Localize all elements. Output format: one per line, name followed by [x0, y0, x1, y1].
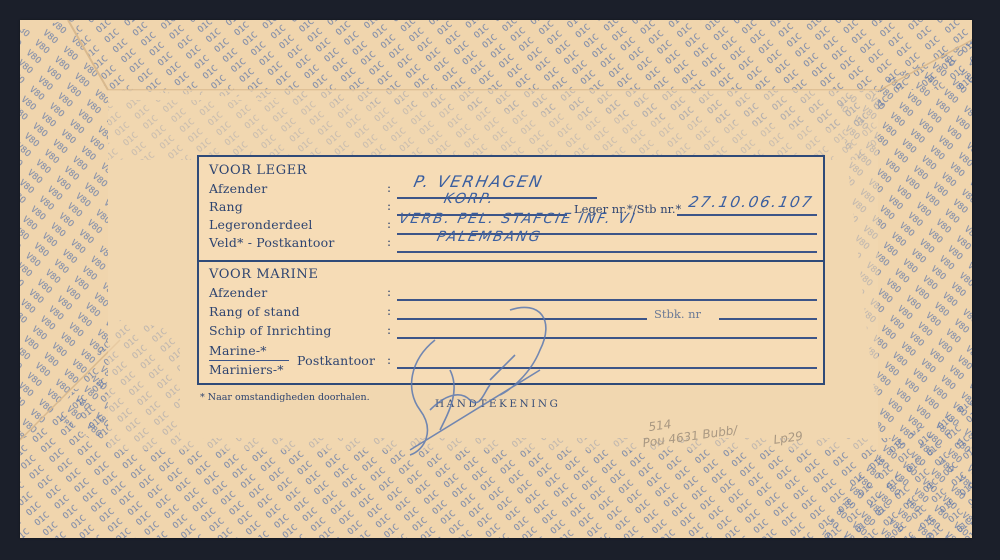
field-line [677, 214, 817, 216]
field-label-rang: Rang [209, 199, 243, 214]
colon: : [387, 217, 391, 231]
envelope: O1C V8O VOOR LEGER Afz [20, 20, 972, 538]
handwritten-afzender: P. VERHAGEN [412, 172, 545, 191]
handwritten-leger-nr: 27.10.06.107 [687, 193, 815, 211]
field-label-veld-postkantoor: Veld* - Postkantoor [209, 235, 335, 250]
section-divider [199, 260, 823, 262]
colon: : [387, 199, 391, 213]
handwritten-rang: KORP. [442, 191, 496, 207]
field-label-legeronderdeel: Legeronderdeel [209, 217, 313, 232]
footnote: * Naar omstandigheden doorhalen. [200, 392, 370, 403]
handwritten-postkantoor: PALEMBANG [435, 229, 543, 245]
colon: : [387, 285, 391, 299]
field-label-rang-of-stand: Rang of stand [209, 304, 300, 319]
fraction-line [209, 360, 289, 361]
colon: : [387, 235, 391, 249]
field-line [719, 318, 817, 320]
postkantoor-label: Postkantoor [297, 353, 375, 368]
field-label-afzender: Afzender [209, 181, 267, 196]
stbk-nr-label: Stbk. nr [654, 307, 701, 321]
field-label-marine: Marine-* [209, 343, 267, 358]
handwritten-legeronderdeel: VERB. PEL. STAFCIE INF. VI [397, 211, 637, 227]
signature-scribble [390, 300, 570, 460]
field-line [397, 251, 817, 253]
section-title-leger: VOOR LEGER [209, 163, 307, 178]
section-title-marine: VOOR MARINE [209, 267, 318, 282]
field-label-schip-of-inrichting: Schip of Inrichting [209, 323, 332, 338]
field-label-mariniers: Mariniers-* [209, 362, 284, 377]
field-line [397, 197, 597, 199]
field-label-afzender-marine: Afzender [209, 285, 267, 300]
colon: : [387, 181, 391, 195]
